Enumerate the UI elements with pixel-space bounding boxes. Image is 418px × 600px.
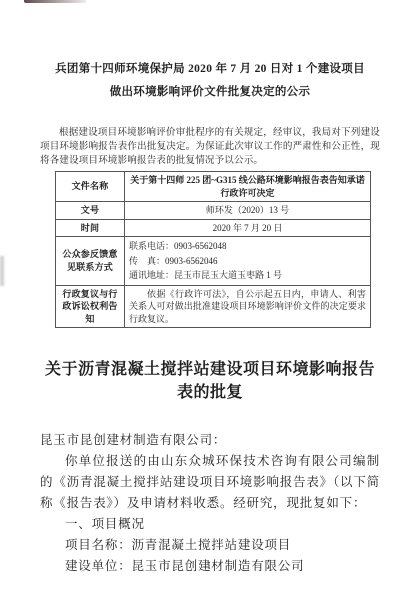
row-value-file-name: 关于第十四师 225 团~G315 线公路环境影响报告表告知承诺行政许可决定 (125, 172, 371, 202)
page-number: 1 (0, 562, 418, 571)
approval-heading-line2: 表的批复 (40, 381, 380, 404)
row-label-file-name: 文件名称 (56, 172, 125, 202)
approval-heading-line1: 关于沥青混凝土搅拌站建设项目环境影响报告 (40, 358, 380, 381)
scan-artifact-top (24, 0, 86, 3)
row-label-doc-number: 文号 (56, 202, 125, 220)
table-row-date: 时间 2020 年 7 月 20 日 (56, 219, 371, 237)
announcement-title-line1: 兵团第十四师环境保护局 2020 年 7 月 20 日对 1 个建设项目 (40, 58, 380, 81)
row-label-contact: 公众参反馈意见联系方式 (56, 237, 125, 286)
approval-body: 昆玉市昆创建材制造有限公司： 你单位报送的由山东众城环保技术咨询有限公司编制的《… (40, 430, 380, 577)
contact-fax: 传 真：0903-6562046 (129, 254, 366, 269)
announcement-intro: 根据建设项目环境影响评价审批程序的有关规定，经审议，我局对下列建设项目环境影响报… (40, 126, 380, 168)
row-label-review-rights: 行政复议与行政诉讼权利告知 (56, 285, 125, 328)
table-row-contact: 公众参反馈意见联系方式 联系电话：0903-6562048 传 真：0903-6… (56, 237, 371, 286)
row-value-contact: 联系电话：0903-6562048 传 真：0903-6562046 通讯地址：… (125, 237, 371, 286)
row-value-review-rights: 依据《行政许可法》，自公示起五日内，申请人、利害关系人可对做出批准建设项目环境影… (125, 285, 371, 328)
row-value-date: 2020 年 7 月 20 日 (125, 219, 371, 237)
project-name-line: 项目名称：沥青混凝土搅拌站建设项目 (40, 535, 380, 556)
approval-paragraph: 你单位报送的由山东众城环保技术咨询有限公司编制的《沥青混凝土搅拌站建设项目环境影… (40, 451, 380, 514)
row-value-doc-number: 师环发（2020）13 号 (125, 202, 371, 220)
document-page: 兵团第十四师环境保护局 2020 年 7 月 20 日对 1 个建设项目 做出环… (0, 0, 418, 600)
approval-info-table: 文件名称 关于第十四师 225 团~G315 线公路环境影响报告表告知承诺行政许… (55, 171, 371, 328)
recipient-line: 昆玉市昆创建材制造有限公司： (40, 430, 380, 451)
scan-artifact-left (0, 256, 4, 286)
approval-heading: 关于沥青混凝土搅拌站建设项目环境影响报告 表的批复 (40, 358, 380, 404)
table-row-doc-number: 文号 师环发（2020）13 号 (56, 202, 371, 220)
contact-phone: 联系电话：0903-6562048 (129, 239, 366, 254)
table-row-file-name: 文件名称 关于第十四师 225 团~G315 线公路环境影响报告表告知承诺行政许… (56, 172, 371, 202)
row-label-date: 时间 (56, 219, 125, 237)
announcement-title: 兵团第十四师环境保护局 2020 年 7 月 20 日对 1 个建设项目 做出环… (40, 58, 380, 104)
table-row-review-rights: 行政复议与行政诉讼权利告知 依据《行政许可法》，自公示起五日内，申请人、利害关系… (56, 285, 371, 328)
section1-title: 一、项目概况 (40, 514, 380, 535)
announcement-title-line2: 做出环境影响评价文件批复决定的公示 (40, 81, 380, 104)
contact-address: 通讯地址：昆玉市昆玉大道玉枣路 1 号 (129, 268, 366, 283)
